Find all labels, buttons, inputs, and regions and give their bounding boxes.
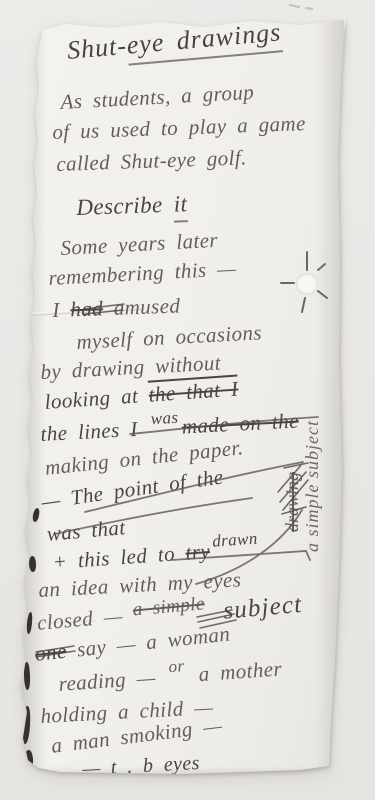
line-text: Some years later <box>60 228 219 260</box>
photo-background: Shut-eye drawings As students, a group o… <box>0 0 375 800</box>
line-text: myself on occasions <box>76 320 263 354</box>
handwritten-line: As students, a group <box>60 82 255 113</box>
line-text: reading — <box>58 664 167 695</box>
torn-paper-note: Shut-eye drawings As students, a group o… <box>20 14 350 778</box>
handwritten-line: was that <box>46 517 126 545</box>
line-text: called Shut-eye golf. <box>56 145 247 176</box>
handwritten-line: myself on occasions <box>76 322 262 353</box>
line-text: subject <box>222 591 303 625</box>
handwritten-line: called Shut-eye golf. <box>56 147 247 175</box>
title-underlined: eye drawings <box>125 17 282 65</box>
line-text: As students, a group <box>60 80 255 114</box>
struck-word: had <box>70 296 104 321</box>
line-text: of us used to play a game <box>52 111 306 144</box>
line-text: Describe <box>76 192 174 220</box>
handwritten-line: remembering this — <box>48 258 237 289</box>
margin-note-vertical: a simple subject <box>302 352 324 552</box>
clipped-bottom-line: . — t . b eyes <box>66 753 200 780</box>
handwritten-line: I had amused <box>52 296 181 321</box>
struck-words: a simple <box>132 593 206 620</box>
line-text: closed — <box>36 603 134 635</box>
inserted-word: was <box>150 408 179 428</box>
title-lead: Shut- <box>66 31 128 65</box>
paper-shadow-wrap: Shut-eye drawings As students, a group o… <box>0 0 375 800</box>
line-text: a mother <box>187 656 283 687</box>
inserted-word: drawn <box>212 529 259 551</box>
punch-hole <box>296 273 318 295</box>
note-title: Shut-eye drawings <box>66 19 282 64</box>
handwritten-line: of us used to play a game <box>52 113 306 143</box>
handwritten-line: reading — or a mother <box>58 658 283 695</box>
line-text: amused <box>103 294 181 321</box>
line-text: I <box>52 297 71 322</box>
struck-word: one <box>34 639 68 666</box>
margin-scribble-vertical: drawing <box>282 422 302 532</box>
inserted-word: or <box>168 656 185 676</box>
handwritten-line: by drawing without <box>40 353 221 383</box>
line-text: remembering this — <box>48 256 237 290</box>
line-text: the lines I <box>40 416 149 446</box>
fragment-marks: . — t . b <box>66 754 154 781</box>
handwritten-line: Describe it <box>76 192 188 219</box>
struck-word: try <box>185 539 211 565</box>
handwritten-line: Some years later <box>60 230 218 259</box>
struck-words: the that I <box>148 376 239 406</box>
handwritten-line: the lines I wasmade on the <box>40 410 299 445</box>
line-text: + this led to <box>52 541 186 574</box>
fragment-word: eyes <box>163 752 200 776</box>
handwritten-line: looking at the that I <box>44 378 239 412</box>
underlined-word: it <box>173 191 188 222</box>
line-text: was that <box>46 515 127 546</box>
line-text: looking at <box>44 383 150 414</box>
